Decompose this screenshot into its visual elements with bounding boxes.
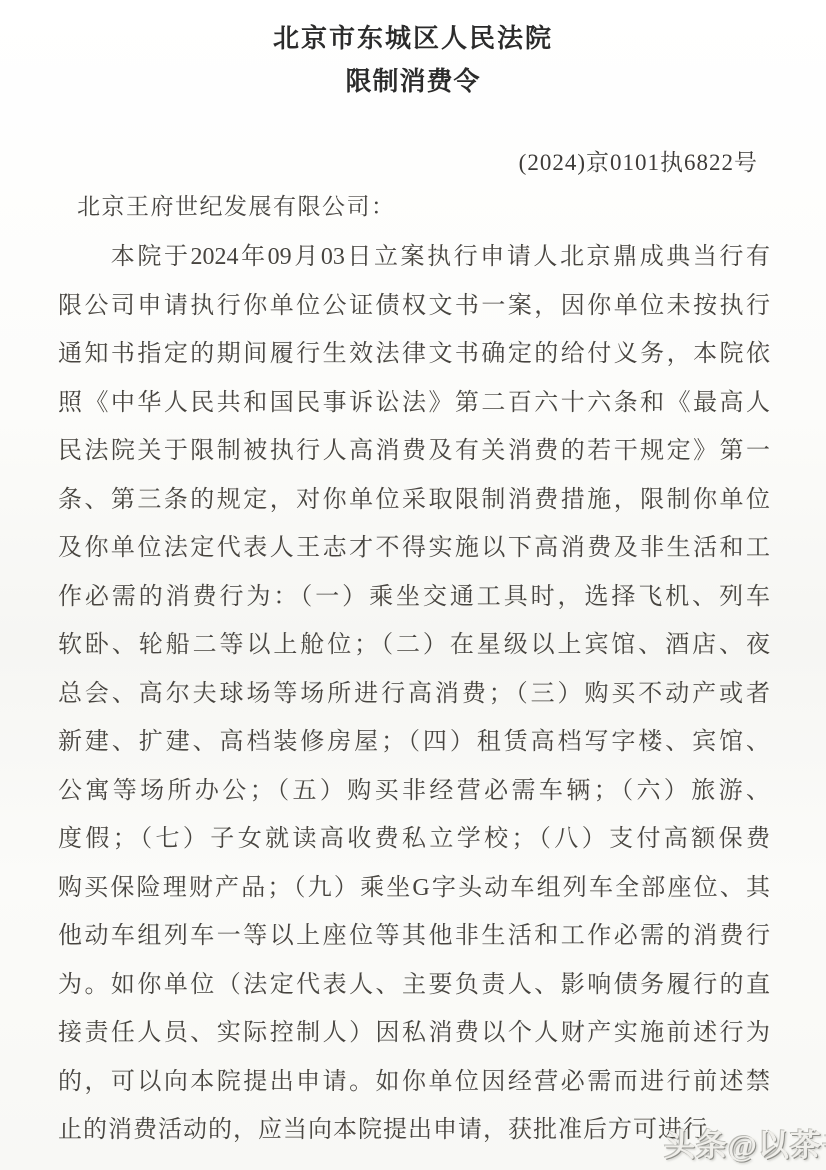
body-line: 购买保险理财产品；（九）乘坐G字头动车组列车全部座位、其 (58, 864, 770, 913)
document-page: 北京市东城区人民法院 限制消费令 (2024)京0101执6822号 北京王府世… (0, 0, 826, 1170)
document-title: 限制消费令 (0, 61, 826, 98)
body-line: 他动车组列车一等以上座位等其他非生活和工作必需的消费行 (58, 912, 770, 961)
body-line: 接责任人员、实际控制人）因私消费以个人财产实施前述行为 (58, 1009, 770, 1058)
body-line: 民法院关于限制被执行人高消费及有关消费的若干规定》第一 (58, 427, 770, 476)
watermark-text: 头条@以茶书 (664, 1120, 826, 1165)
body-line: 条、第三条的规定，对你单位采取限制消费措施，限制你单位 (58, 476, 770, 525)
body-line: 公寓等场所办公；（五）购买非经营必需车辆；（六）旅游、 (58, 767, 770, 816)
order-body-text: 本院于2024年09月03日立案执行申请人北京鼎成典当行有限公司申请执行你单位公… (58, 233, 770, 1155)
addressee-name: 北京王府世纪发展有限公司： (77, 188, 396, 221)
body-line: 为。如你单位（法定代表人、主要负责人、影响债务履行的直 (58, 961, 770, 1010)
body-line: 照《中华人民共和国民事诉讼法》第二百六十六条和《最高人 (58, 379, 770, 428)
body-line: 作必需的消费行为：（一）乘坐交通工具时，选择飞机、列车 (58, 573, 770, 622)
body-line: 及你单位法定代表人王志才不得实施以下高消费及非生活和工 (58, 524, 770, 573)
court-name-heading: 北京市东城区人民法院 (0, 18, 826, 55)
body-line: 新建、扩建、高档装修房屋；（四）租赁高档写字楼、宾馆、 (58, 718, 770, 767)
body-line: 限公司申请执行你单位公证债权文书一案，因你单位未按执行 (58, 282, 770, 331)
body-line: 本院于2024年09月03日立案执行申请人北京鼎成典当行有 (58, 233, 770, 282)
body-line: 总会、高尔夫球场等场所进行高消费；（三）购买不动产或者 (58, 670, 770, 719)
case-number: (2024)京0101执6822号 (519, 144, 758, 177)
body-line: 的，可以向本院提出申请。如你单位因经营必需而进行前述禁 (58, 1058, 770, 1107)
body-line: 通知书指定的期间履行生效法律文书确定的给付义务，本院依 (58, 330, 770, 379)
body-line: 度假；（七）子女就读高收费私立学校；（八）支付高额保费 (58, 815, 770, 864)
body-line: 软卧、轮船二等以上舱位；（二）在星级以上宾馆、酒店、夜 (58, 621, 770, 670)
